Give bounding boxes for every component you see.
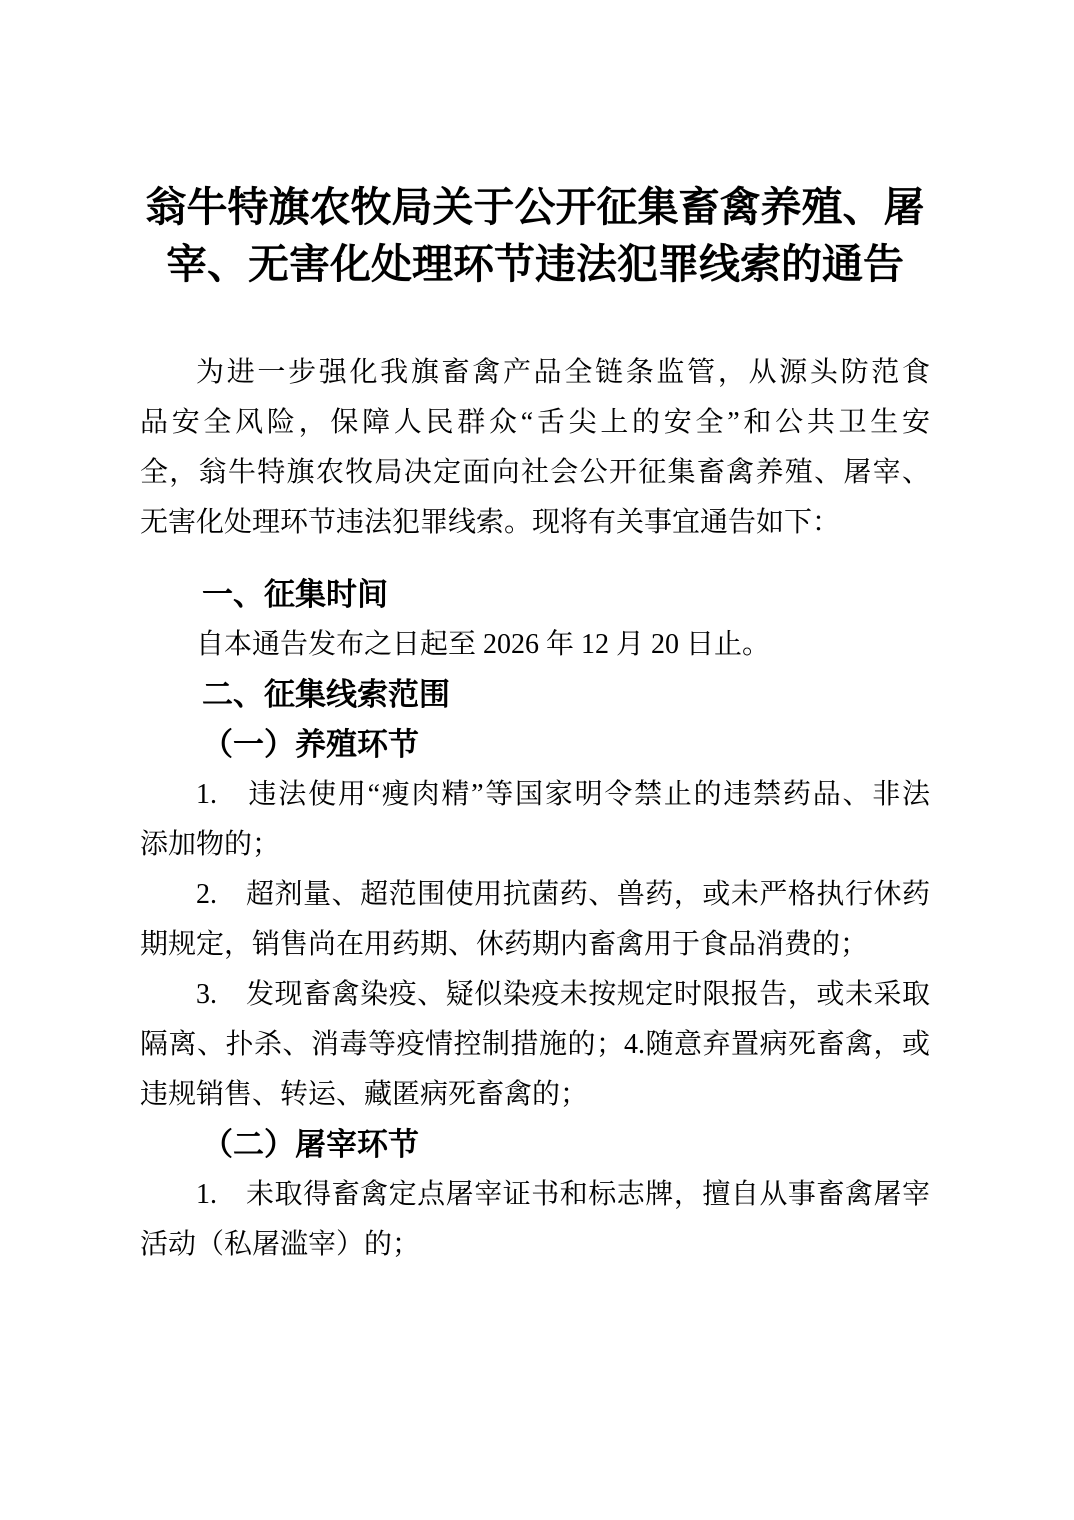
- text-line: 1. 违法使用“瘦肉精”等国家明令禁止的违禁药品、非法: [140, 770, 930, 820]
- list-item: 2. 超剂量、超范围使用抗菌药、兽药，或未严格执行休药 期规定，销售尚在用药期、…: [140, 870, 930, 970]
- text-line: 期规定，销售尚在用药期、休药期内畜禽用于食品消费的；: [140, 920, 930, 970]
- list-item: 1. 未取得畜禽定点屠宰证书和标志牌，擅自从事畜禽屠宰 活动（私屠滥宰）的；: [140, 1170, 930, 1270]
- section-2-heading: 二、征集线索范围: [140, 670, 930, 720]
- intro-paragraph: 为进一步强化我旗畜禽产品全链条监管，从源头防范食 品安全风险，保障人民群众“舌尖…: [140, 348, 930, 548]
- text-line: 无害化处理环节违法犯罪线索。现将有关事宜通告如下：: [140, 498, 930, 548]
- text-line: 添加物的；: [140, 820, 930, 870]
- subsection-1-heading: （一）养殖环节: [140, 720, 930, 770]
- text-line: 为进一步强化我旗畜禽产品全链条监管，从源头防范食: [140, 348, 930, 398]
- text-line: 1. 未取得畜禽定点屠宰证书和标志牌，擅自从事畜禽屠宰: [140, 1170, 930, 1220]
- text-line: 隔离、扑杀、消毒等疫情控制措施的；4.随意弃置病死畜禽，或: [140, 1020, 930, 1070]
- subsection-2-heading: （二）屠宰环节: [140, 1120, 930, 1170]
- document-content: 翁牛特旗农牧局关于公开征集畜禽养殖、屠 宰、无害化处理环节违法犯罪线索的通告 为…: [140, 179, 930, 1270]
- document-page: 翁牛特旗农牧局关于公开征集畜禽养殖、屠 宰、无害化处理环节违法犯罪线索的通告 为…: [0, 0, 1074, 1520]
- list-item: 1. 违法使用“瘦肉精”等国家明令禁止的违禁药品、非法 添加物的；: [140, 770, 930, 870]
- section-1-body: 自本通告发布之日起至 2026 年 12 月 20 日止。: [140, 620, 930, 670]
- text-line: 违规销售、转运、藏匿病死畜禽的；: [140, 1070, 930, 1120]
- text-line: 2. 超剂量、超范围使用抗菌药、兽药，或未严格执行休药: [140, 870, 930, 920]
- text-line: 品安全风险，保障人民群众“舌尖上的安全”和公共卫生安: [140, 398, 930, 448]
- text-line: 3. 发现畜禽染疫、疑似染疫未按规定时限报告，或未采取: [140, 970, 930, 1020]
- list-item: 3. 发现畜禽染疫、疑似染疫未按规定时限报告，或未采取 隔离、扑杀、消毒等疫情控…: [140, 970, 930, 1120]
- page-title: 翁牛特旗农牧局关于公开征集畜禽养殖、屠 宰、无害化处理环节违法犯罪线索的通告: [140, 179, 930, 293]
- text-line: 全，翁牛特旗农牧局决定面向社会公开征集畜禽养殖、屠宰、: [140, 448, 930, 498]
- text-line: 活动（私屠滥宰）的；: [140, 1220, 930, 1270]
- title-line: 翁牛特旗农牧局关于公开征集畜禽养殖、屠: [140, 179, 930, 236]
- section-1-heading: 一、征集时间: [140, 570, 930, 620]
- title-line: 宰、无害化处理环节违法犯罪线索的通告: [140, 236, 930, 293]
